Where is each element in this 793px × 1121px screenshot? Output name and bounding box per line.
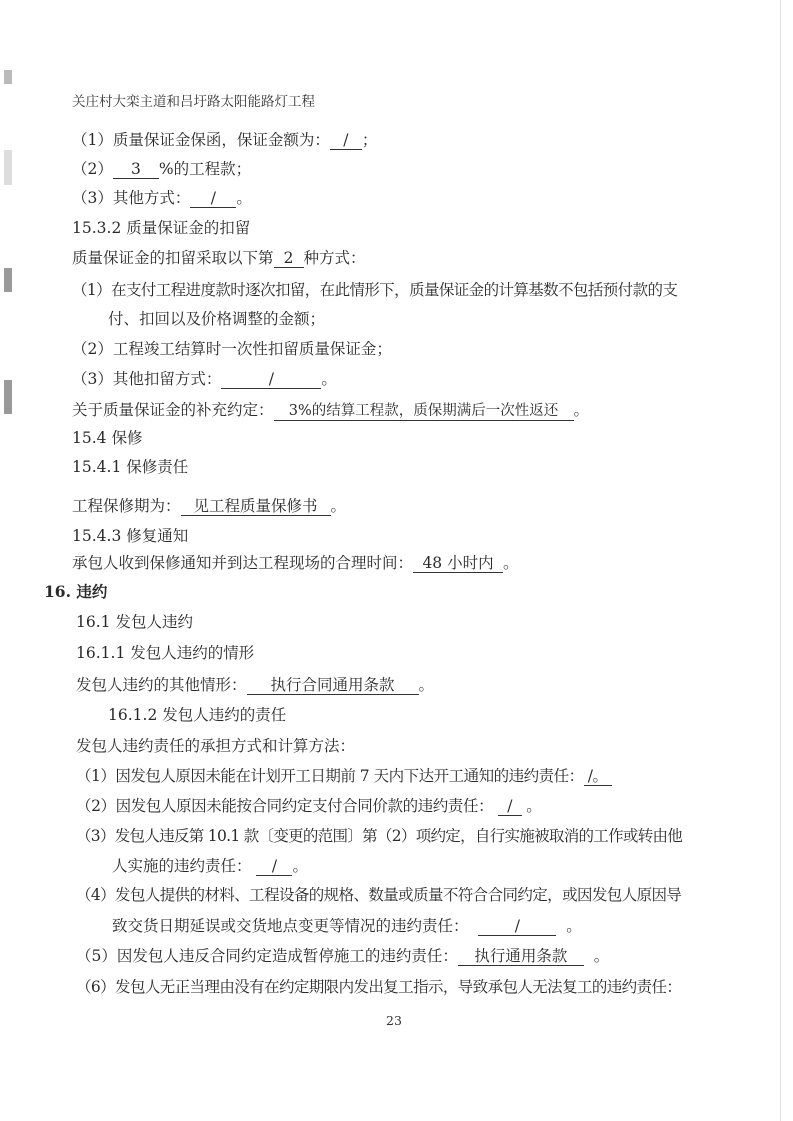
fill-value: 执行合同通用条款 xyxy=(247,676,419,695)
fill-value: /。 xyxy=(584,767,612,786)
fill-value: / xyxy=(190,189,236,208)
section-heading: 16.1.2 发包人违约的责任 xyxy=(108,705,286,725)
clause-line: 发包人违约的其他情形：执行合同通用条款。 xyxy=(76,675,434,695)
fill-value: / xyxy=(498,797,522,816)
section-heading: 16.1 发包人违约 xyxy=(76,612,193,632)
scan-edge-line xyxy=(780,0,781,1121)
clause-line: （1）在支付工程进度款时逐次扣留，在此情形下，质量保证金的计算基数不包括预付款的… xyxy=(72,280,677,300)
fill-value: / xyxy=(478,917,556,936)
fill-value: 执行通用条款 xyxy=(458,947,584,966)
scan-artifact xyxy=(4,150,12,185)
section-heading: 15.4 保修 xyxy=(72,428,142,448)
fill-value: 3 xyxy=(113,160,159,179)
clause-line: 付、扣回以及价格调整的金额； xyxy=(108,309,325,329)
clause-line: （3）其他扣留方式：/。 xyxy=(72,369,337,389)
clause-line: （3）发包人违反第 10.1 款〔变更的范围〕第（2）项约定，自行实施被取消的工… xyxy=(76,826,682,846)
scan-artifact xyxy=(4,380,12,414)
clause-line: （2）工程竣工结算时一次性扣留质量保证金； xyxy=(72,339,392,359)
fill-value: 见工程质量保修书 xyxy=(181,497,331,516)
clause-line: （1）因发包人原因未能在计划开工日期前 7 天内下达开工通知的违约责任：/。 xyxy=(76,766,612,786)
clause-line: 质量保证金的扣留采取以下第2种方式： xyxy=(72,248,366,268)
clause-line: （1）质量保证金保函，保证金额为：/； xyxy=(72,130,377,150)
clause-line: （3）其他方式：/。 xyxy=(72,188,252,208)
clause-line: 关于质量保证金的补充约定：3%的结算工程款，质保期满后一次性返还。 xyxy=(72,400,589,421)
scan-artifact xyxy=(4,268,12,292)
section-heading: 16.1.1 发包人违约的情形 xyxy=(76,643,254,663)
clause-line: （5）因发包人违反合同约定造成暂停施工的违约责任：执行通用条款 。 xyxy=(76,946,609,966)
section-heading: 15.3.2 质量保证金的扣留 xyxy=(72,218,250,238)
page-number: 23 xyxy=(386,1013,402,1028)
clause-line: （6）发包人无正当理由没有在约定期限内发出复工指示，导致承包人无法复工的违约责任… xyxy=(76,977,681,997)
clause-line: 致交货日期延误或交货地点变更等情况的违约责任： / 。 xyxy=(112,916,582,936)
clause-line: （2）因发包人原因未能按合同约定支付合同价款的违约责任： / 。 xyxy=(76,796,541,816)
chapter-heading: 16. 违约 xyxy=(44,582,107,602)
clause-line: （4）发包人提供的材料、工程设备的规格、数量或质量不符合合同约定，或因发包人原因… xyxy=(76,885,681,905)
fill-value: 3%的结算工程款，质保期满后一次性返还 xyxy=(274,402,574,421)
fill-value: 48 小时内 xyxy=(413,554,503,573)
clause-line: 承包人收到保修通知并到达工程现场的合理时间：48 小时内。 xyxy=(72,553,519,573)
clause-line: 工程保修期为：见工程质量保修书。 xyxy=(72,496,346,516)
section-heading: 15.4.3 修复通知 xyxy=(72,526,188,546)
fill-value: / xyxy=(221,370,321,389)
clause-line: （2）3%的工程款； xyxy=(72,159,251,179)
clause-line: 人实施的违约责任： /。 xyxy=(112,856,308,876)
clause-line: 发包人违约责任的承担方式和计算方法： xyxy=(76,736,355,756)
fill-value: / xyxy=(256,857,292,876)
document-header: 关庄村大栾主道和吕圩路太阳能路灯工程 xyxy=(72,92,315,112)
fill-value: 2 xyxy=(274,249,304,268)
fill-value: / xyxy=(330,131,362,150)
scan-artifact xyxy=(4,70,12,84)
section-heading: 15.4.1 保修责任 xyxy=(72,457,188,477)
